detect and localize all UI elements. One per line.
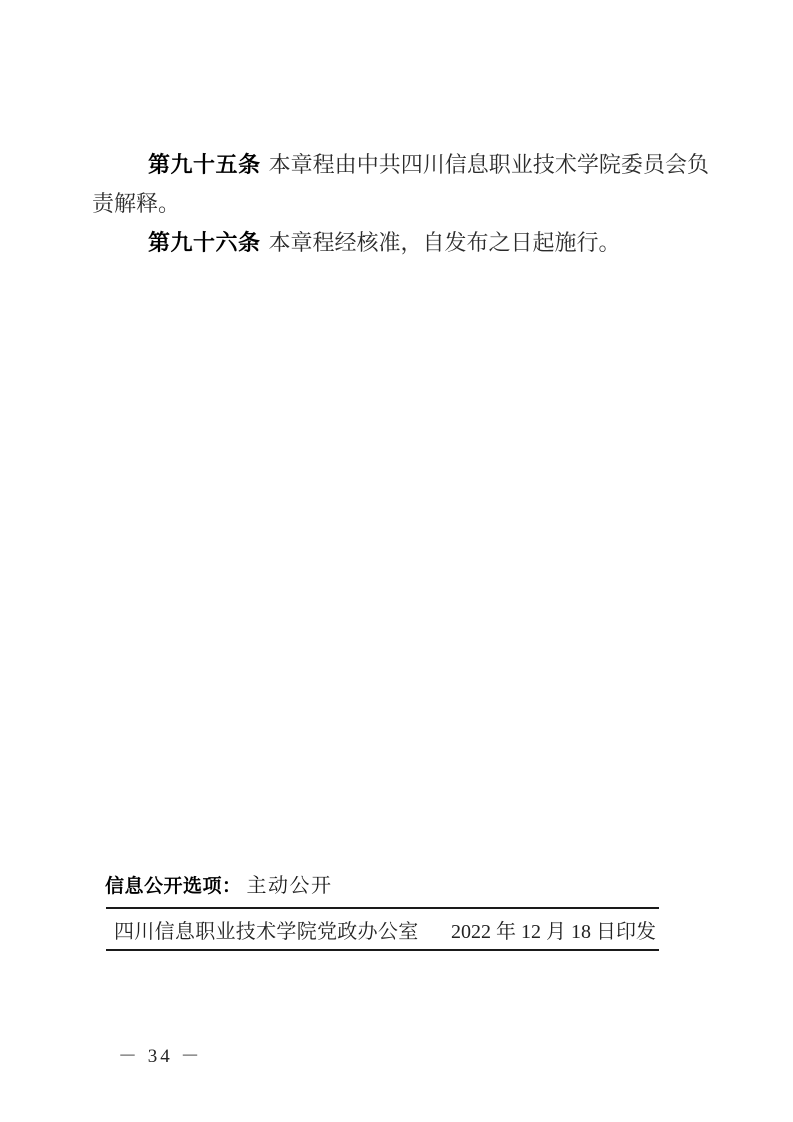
article-96-text: 本章程经核准，自发布之日起施行。 [269,230,621,255]
disclosure-label: 信息公开选项： [105,876,242,897]
page-number: － 34 － [118,1041,203,1068]
colophon-issuer: 四川信息职业技术学院党政办公室 [106,915,419,944]
disclosure-line: 信息公开选项：主动公开 [105,874,333,899]
colophon-box: 四川信息职业技术学院党政办公室 2022 年 12 月 18 日印发 [106,907,659,951]
disclosure-value: 主动公开 [247,875,333,897]
document-page: 第九十五条本章程由中共四川信息职业技术学院委员会负责解释。 第九十六条本章程经核… [0,0,793,1122]
colophon-print-date: 2022 年 12 月 18 日印发 [451,915,659,944]
article-95-term: 第九十五条 [148,152,261,177]
article-96-term: 第九十六条 [148,230,261,255]
article-96-paragraph: 第九十六条本章程经核准，自发布之日起施行。 [92,223,709,262]
article-95-paragraph: 第九十五条本章程由中共四川信息职业技术学院委员会负责解释。 [92,145,709,223]
article-body: 第九十五条本章程由中共四川信息职业技术学院委员会负责解释。 第九十六条本章程经核… [92,145,709,262]
